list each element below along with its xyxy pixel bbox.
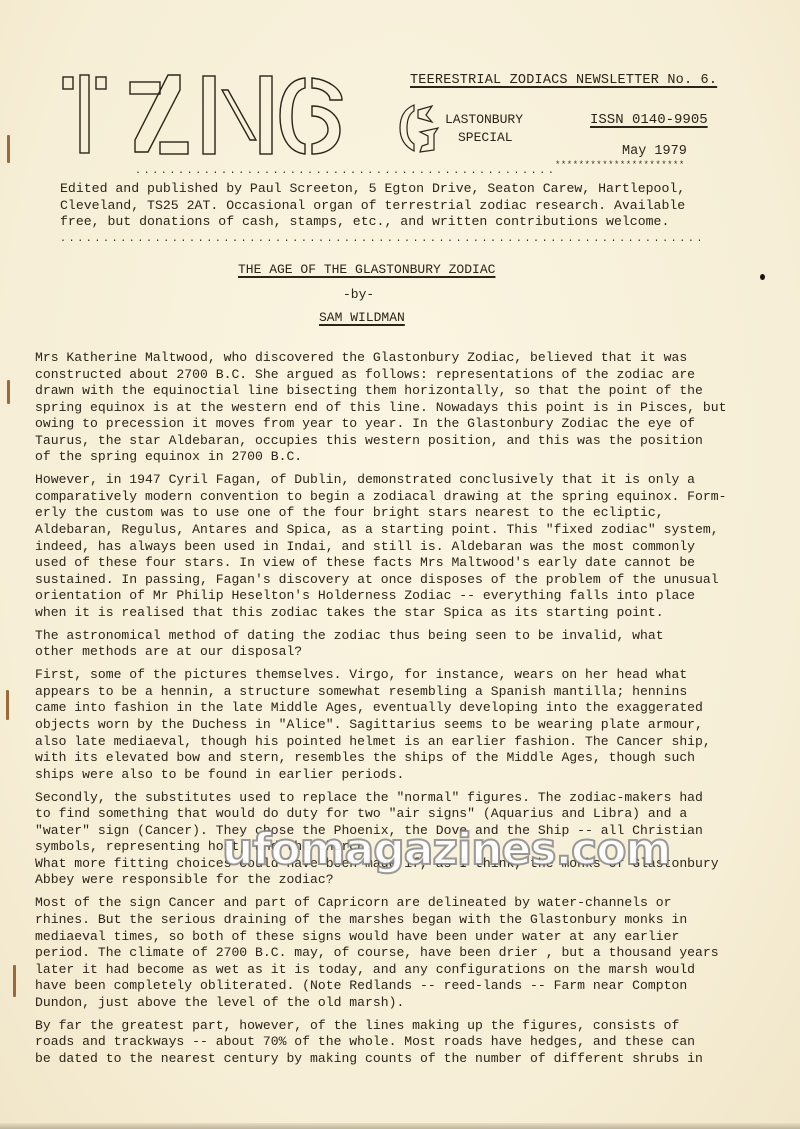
- text-line: constructed about 2700 B.C. She argued a…: [35, 367, 785, 384]
- text-line: comparatively modern convention to begin…: [35, 489, 785, 506]
- paragraph-2: However, in 1947 Cyril Fagan, of Dublin,…: [35, 472, 785, 621]
- text-line: erly the custom was to use one of the fo…: [35, 505, 785, 522]
- paragraph-6: Most of the sign Cancer and part of Capr…: [35, 895, 785, 1011]
- star-rule-divider: **********************: [555, 160, 685, 170]
- tzng-stencil-logo: [60, 70, 350, 165]
- text-line: Taurus, the star Aldebaran, occupies thi…: [35, 433, 785, 450]
- logo-graphic: [60, 70, 350, 165]
- text-line: came into fashion in the late Middle Age…: [35, 700, 785, 717]
- page-edge-shadow: [0, 1123, 800, 1129]
- text-line: orientation of Mr Philip Heselton's Hold…: [35, 588, 785, 605]
- text-line: ships were also to be found in earlier p…: [35, 767, 785, 784]
- site-watermark: ufomagazines.com: [222, 826, 592, 874]
- text-line: Mrs Katherine Maltwood, who discovered t…: [35, 350, 785, 367]
- text-line: other methods are at our disposal?: [35, 644, 785, 661]
- ink-speck: [760, 274, 765, 280]
- text-line: First, some of the pictures themselves. …: [35, 667, 785, 684]
- text-line: roads and trackways -- about 70% of the …: [35, 1034, 785, 1051]
- editorial-notice: Edited and published by Paul Screeton, 5…: [60, 181, 750, 231]
- text-line: period. The climate of 2700 B.C. may, of…: [35, 945, 785, 962]
- margin-mark: [6, 690, 9, 720]
- text-line: to find something that would do duty for…: [35, 806, 785, 823]
- text-line: However, in 1947 Cyril Fagan, of Dublin,…: [35, 472, 785, 489]
- text-line: The astronomical method of dating the zo…: [35, 628, 785, 645]
- text-line: rhines. But the serious draining of the …: [35, 912, 785, 929]
- article-author: SAM WILDMAN: [319, 310, 405, 325]
- text-line: owing to precession it moves from year t…: [35, 416, 785, 433]
- text-line: sustained. In passing, Fagan's discovery…: [35, 572, 785, 589]
- paragraph-4: First, some of the pictures themselves. …: [35, 667, 785, 783]
- newsletter-title: TEERESTRIAL ZODIACS NEWSLETTER No. 6.: [410, 73, 717, 88]
- text-line: have been completely obliterated. (Note …: [35, 978, 785, 995]
- text-line: spring equinox is at the western end of …: [35, 400, 785, 417]
- text-line: Aldebaran, Regulus, Antares and Spica, a…: [35, 522, 785, 539]
- glastonbury-g-emblem-icon: [398, 102, 446, 154]
- text-line: later it had become as wet as it is toda…: [35, 962, 785, 979]
- text-line: objects worn by the Duchess in "Alice". …: [35, 717, 785, 734]
- text-line: drawn with the equinoctial line bisectin…: [35, 383, 785, 400]
- text-line: Dundon, just above the level of the old …: [35, 995, 785, 1012]
- text-line: appears to be a hennin, a structure some…: [35, 684, 785, 701]
- paragraph-1: Mrs Katherine Maltwood, who discovered t…: [35, 350, 785, 466]
- issn-number: ISSN 0140-9905: [590, 112, 708, 128]
- text-line: with its elevated bow and stern, resembl…: [35, 750, 785, 767]
- text-line: also late mediaeval, though his pointed …: [35, 734, 785, 751]
- editorial-line: Edited and published by Paul Screeton, 5…: [60, 181, 750, 198]
- paragraph-3: The astronomical method of dating the zo…: [35, 628, 785, 661]
- margin-mark: [13, 965, 16, 997]
- text-line: Secondly, the substitutes used to replac…: [35, 790, 785, 807]
- dotted-divider-top: ........................................…: [135, 167, 555, 177]
- margin-mark: [7, 380, 10, 404]
- article-body: Mrs Katherine Maltwood, who discovered t…: [35, 350, 785, 1074]
- issue-date: May 1979: [622, 144, 687, 159]
- text-line: mediaeval times, so both of these signs …: [35, 929, 785, 946]
- paragraph-7: By far the greatest part, however, of th…: [35, 1018, 785, 1068]
- article-byline: -by-: [343, 287, 374, 302]
- text-line: used of these four stars. In view of the…: [35, 555, 785, 572]
- dotted-divider-bottom: ........................................…: [60, 235, 700, 245]
- editorial-line: free, but donations of cash, stamps, etc…: [60, 214, 750, 231]
- text-line: Most of the sign Cancer and part of Capr…: [35, 895, 785, 912]
- text-line: By far the greatest part, however, of th…: [35, 1018, 785, 1035]
- text-line: indeed, has always been used in Indai, a…: [35, 539, 785, 556]
- text-line: be dated to the nearest century by makin…: [35, 1051, 785, 1068]
- special-label: SPECIAL: [458, 130, 513, 145]
- margin-mark: [7, 135, 10, 163]
- glastonbury-label: LASTONBURY: [445, 112, 523, 127]
- text-line: when it is realised that this zodiac tak…: [35, 605, 785, 622]
- article-title: THE AGE OF THE GLASTONBURY ZODIAC: [238, 262, 495, 277]
- editorial-line: Cleveland, TS25 2AT. Occasional organ of…: [60, 198, 750, 215]
- text-line: of the spring equinox in 2700 B.C.: [35, 449, 785, 466]
